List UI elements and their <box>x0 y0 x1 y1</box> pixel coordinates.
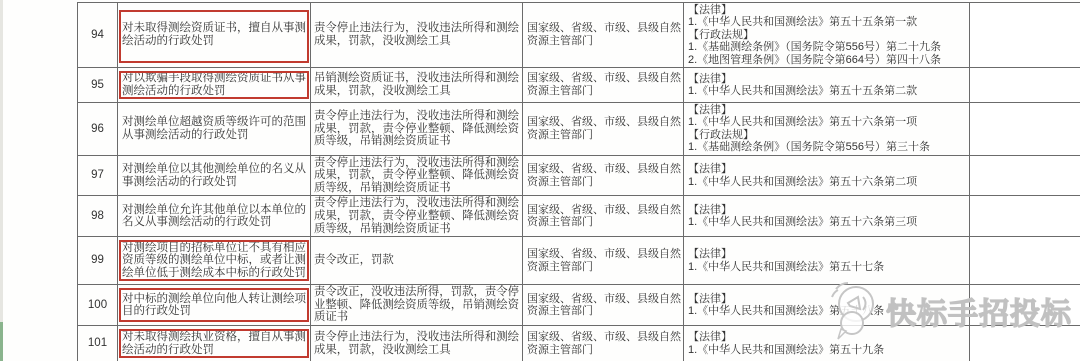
row-number: 100 <box>78 285 118 326</box>
authority-cell: 国家级、省级、市级、县级自然资源主管部门 <box>523 196 684 237</box>
legal-basis-cell: 【法律】 1.《中华人民共和国测绘法》第五十八条 <box>684 285 970 326</box>
penalty-cell: 责令停止违法行为，没收违法所得和测绘成果，罚款，责令停业整顿、降低测绘资质等级，… <box>311 103 523 156</box>
penalty-cell: 责令停止违法行为，没收违法所得和测绘成果，罚款，责令停业整顿、降低测绘资质等级，… <box>311 155 523 196</box>
item-cell: 对测绘单位允许其他单位以本单位的名义从事测绘活动的行政处罚 <box>118 196 311 237</box>
penalty-cell: 吊销测绘资质证书，没收违法所得和测绘成果，罚款，没收测绘工具 <box>311 68 523 103</box>
penalty-cell: 责令停止违法行为，没收违法所得和测绘成果，罚款，责令停业整顿、降低测绘资质等级，… <box>311 196 523 237</box>
authority-cell: 国家级、省级、市级、县级自然资源主管部门 <box>523 326 684 361</box>
empty-cell <box>970 326 1080 361</box>
item-text: 对测绘单位以其他测绘单位的名义从事测绘活动的行政处罚 <box>122 163 306 188</box>
row-number: 97 <box>78 155 118 196</box>
table-row: 100 对中标的测绘单位向他人转让测绘项目的行政处罚 责令改正，没收违法所得，罚… <box>78 285 1080 326</box>
table-row: 99 对测绘项目的招标单位让不具有相应资质等级的测绘单位中标，或者让测绘单位低于… <box>78 237 1080 285</box>
penalty-cell: 责令停止违法行为，没收违法所得和测绘成果，罚款，没收测绘工具 <box>311 326 523 361</box>
item-text: 对以欺骗手段取得测绘资质证书从事测绘活动的行政处罚 <box>122 72 306 97</box>
empty-cell <box>970 68 1080 103</box>
item-cell: 对未取得测绘资质证书，擅自从事测绘活动的行政处罚 <box>118 3 311 68</box>
table-row: 94 对未取得测绘资质证书，擅自从事测绘活动的行政处罚 责令停止违法行为，没收违… <box>78 3 1080 68</box>
row-number: 101 <box>78 326 118 361</box>
empty-cell <box>970 285 1080 326</box>
item-cell: 对测绘项目的招标单位让不具有相应资质等级的测绘单位中标，或者让测绘单位低于测绘成… <box>118 237 311 285</box>
item-cell: 对中标的测绘单位向他人转让测绘项目的行政处罚 <box>118 285 311 326</box>
item-text: 对测绘单位超越资质等级许可的范围从事测绘活动的行政处罚 <box>122 116 306 141</box>
page: { "page": { "background_color": "#fefefd… <box>0 0 1080 361</box>
item-text: 对测绘项目的招标单位让不具有相应资质等级的测绘单位中标，或者让测绘单位低于测绘成… <box>122 242 306 279</box>
authority-cell: 国家级、省级、市级、县级自然资源主管部门 <box>523 3 684 68</box>
empty-cell <box>970 3 1080 68</box>
row-number: 95 <box>78 68 118 103</box>
authority-cell: 国家级、省级、市级、县级自然资源主管部门 <box>523 155 684 196</box>
table-row: 95 对以欺骗手段取得测绘资质证书从事测绘活动的行政处罚 吊销测绘资质证书，没收… <box>78 68 1080 103</box>
legal-basis-cell: 【法律】 1.《中华人民共和国测绘法》第五十六条第一项 【行政法规】 1.《基础… <box>684 103 970 156</box>
authority-cell: 国家级、省级、市级、县级自然资源主管部门 <box>523 68 684 103</box>
row-number: 96 <box>78 103 118 156</box>
table-row: 97 对测绘单位以其他测绘单位的名义从事测绘活动的行政处罚 责令停止违法行为，没… <box>78 155 1080 196</box>
penalty-cell: 责令改正，罚款 <box>311 237 523 285</box>
legal-basis-cell: 【法律】 1.《中华人民共和国测绘法》第五十九条 <box>684 326 970 361</box>
item-cell: 对测绘单位超越资质等级许可的范围从事测绘活动的行政处罚 <box>118 103 311 156</box>
authority-cell: 国家级、省级、市级、县级自然资源主管部门 <box>523 103 684 156</box>
penalty-table: 94 对未取得测绘资质证书，擅自从事测绘活动的行政处罚 责令停止违法行为，没收违… <box>77 2 1080 361</box>
page-edge-strip-green <box>0 322 3 361</box>
item-cell: 对测绘单位以其他测绘单位的名义从事测绘活动的行政处罚 <box>118 155 311 196</box>
legal-basis-cell: 【法律】 1.《中华人民共和国测绘法》第五十六条第三项 <box>684 196 970 237</box>
legal-basis-cell: 【法律】 1.《中华人民共和国测绘法》第五十五条第一款 【行政法规】 1.《基础… <box>684 3 970 68</box>
table-row: 101 对未取得测绘执业资格，擅自从事测绘活动的行政处罚 责令停止违法行为，没收… <box>78 326 1080 361</box>
empty-cell <box>970 237 1080 285</box>
item-text: 对中标的测绘单位向他人转让测绘项目的行政处罚 <box>122 293 306 318</box>
row-number: 94 <box>78 3 118 68</box>
penalty-cell: 责令停止违法行为，没收违法所得和测绘成果，罚款，没收测绘工具 <box>311 3 523 68</box>
table-row: 98 对测绘单位允许其他单位以本单位的名义从事测绘活动的行政处罚 责令停止违法行… <box>78 196 1080 237</box>
page-edge-strip <box>0 0 3 322</box>
item-cell: 对以欺骗手段取得测绘资质证书从事测绘活动的行政处罚 <box>118 68 311 103</box>
legal-basis-cell: 【法律】 1.《中华人民共和国测绘法》第五十五条第二款 <box>684 68 970 103</box>
item-text: 对测绘单位允许其他单位以本单位的名义从事测绘活动的行政处罚 <box>122 204 306 229</box>
empty-cell <box>970 103 1080 156</box>
item-text: 对未取得测绘资质证书，擅自从事测绘活动的行政处罚 <box>122 22 306 47</box>
authority-cell: 国家级、省级、市级、县级自然资源主管部门 <box>523 285 684 326</box>
empty-cell <box>970 155 1080 196</box>
item-cell: 对未取得测绘执业资格，擅自从事测绘活动的行政处罚 <box>118 326 311 361</box>
empty-cell <box>970 196 1080 237</box>
legal-basis-cell: 【法律】 1.《中华人民共和国测绘法》第五十七条 <box>684 237 970 285</box>
authority-cell: 国家级、省级、市级、县级自然资源主管部门 <box>523 237 684 285</box>
item-text: 对未取得测绘执业资格，擅自从事测绘活动的行政处罚 <box>122 331 306 356</box>
row-number: 99 <box>78 237 118 285</box>
table-row: 96 对测绘单位超越资质等级许可的范围从事测绘活动的行政处罚 责令停止违法行为，… <box>78 103 1080 156</box>
row-number: 98 <box>78 196 118 237</box>
penalty-cell: 责令改正，没收违法所得，罚款，责令停业整顿、降低测绘资质等级，吊销测绘资质证书 <box>311 285 523 326</box>
legal-basis-cell: 【法律】 1.《中华人民共和国测绘法》第五十六条第二项 <box>684 155 970 196</box>
